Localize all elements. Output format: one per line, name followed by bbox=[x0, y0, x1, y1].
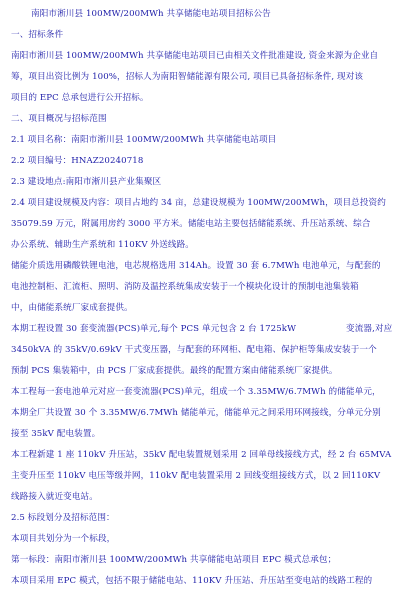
paragraph-line: 第一标段：南阳市淅川县 100MW/200MWh 共享储能电站项目 EPC 模式… bbox=[11, 550, 410, 571]
paragraph-line: 3450kVA 的 35kV/0.69kV 干式变压器，与配套的环网柜、配电箱、… bbox=[11, 340, 410, 361]
pcs-line-left: 本期工程设置 30 套变流器(PCS)单元,每个 PCS 单元包含 2 台 17… bbox=[11, 324, 296, 334]
section-subheading-2-5: 2.5 标段划分及招标范围： bbox=[11, 508, 410, 529]
paragraph-line: 本工程每一套电池单元对应一套变流器(PCS)单元，组成一个 3.35MW/6.7… bbox=[11, 382, 410, 403]
paragraph-line: 线路接入就近变电站。 bbox=[11, 487, 410, 508]
paragraph-line: 南阳市淅川县 100MW/200MWh 共享储能电站项目已由相关文件批准建设, … bbox=[11, 46, 410, 67]
paragraph-line: 电池控制柜、汇流柜、照明、消防及温控系统集成安装于一个模块化设计的预制电池集装箱 bbox=[11, 277, 410, 298]
paragraph-line: 主变升压至 110kV 电压等级并网，110kV 配电装置采用 2 回线变组接线… bbox=[11, 466, 410, 487]
project-name: 2.1 项目名称：南阳市淅川县 100MW/200MWh 共享储能电站项目 bbox=[11, 130, 410, 151]
paragraph-line: 35079.59 万元，附属用房约 3000 平方米。储能电站主要包括储能系统、… bbox=[11, 214, 410, 235]
project-number: 2.2 项目编号：HNAZ20240718 bbox=[11, 151, 410, 172]
paragraph-line: 本工程新建 1 座 110kV 升压站，35kV 配电装置规划采用 2 回单母线… bbox=[11, 445, 410, 466]
pcs-line-right: 变流器,对应 bbox=[346, 324, 392, 334]
project-location: 2.3 建设地点:南阳市淅川县产业集聚区 bbox=[11, 172, 410, 193]
paragraph-line: 预制 PCS 集装箱中，由 PCS 厂家成套提供。最终的配置方案由储能系统厂家提… bbox=[11, 361, 410, 382]
announcement-document: 南阳市淅川县 100MW/200MWh 共享储能电站项目招标公告 一、招标条件 … bbox=[0, 0, 418, 592]
paragraph-line: 项目的 EPC 总承包进行公开招标。 bbox=[11, 88, 410, 109]
paragraph-line: 接至 35kV 配电装置。 bbox=[11, 424, 410, 445]
paragraph-line: 本项目共划分为一个标段， bbox=[11, 529, 410, 550]
paragraph-line: 筹，项目出资比例为 100%，招标人为南阳智储能源有限公司, 项目已具备招标条件… bbox=[11, 67, 410, 88]
document-title: 南阳市淅川县 100MW/200MWh 共享储能电站项目招标公告 bbox=[11, 4, 410, 25]
paragraph-line: 储能介质选用磷酸铁锂电池，电芯规格选用 314Ah。设置 30 套 6.7MWh… bbox=[11, 256, 410, 277]
paragraph-line: 2.4 项目建设规模及内容：项目占地约 34 亩，总建设规模为 100MW/20… bbox=[11, 193, 410, 214]
paragraph-line: 办公系统、辅助生产系统和 110KV 外送线路。 bbox=[11, 235, 410, 256]
paragraph-line: 本项目采用 EPC 模式，包括不限于储能电站、110KV 升压站、升压站至变电站… bbox=[11, 571, 410, 592]
section-heading-2: 二、项目概况与招标范围 bbox=[11, 109, 410, 130]
paragraph-line: 本期全厂共设置 30 个 3.35MW/6.7MWh 储能单元，储能单元之间采用… bbox=[11, 403, 410, 424]
paragraph-line: 本期工程设置 30 套变流器(PCS)单元,每个 PCS 单元包含 2 台 17… bbox=[11, 319, 410, 340]
paragraph-line: 中，由储能系统厂家成套提供。 bbox=[11, 298, 410, 319]
section-heading-1: 一、招标条件 bbox=[11, 25, 410, 46]
